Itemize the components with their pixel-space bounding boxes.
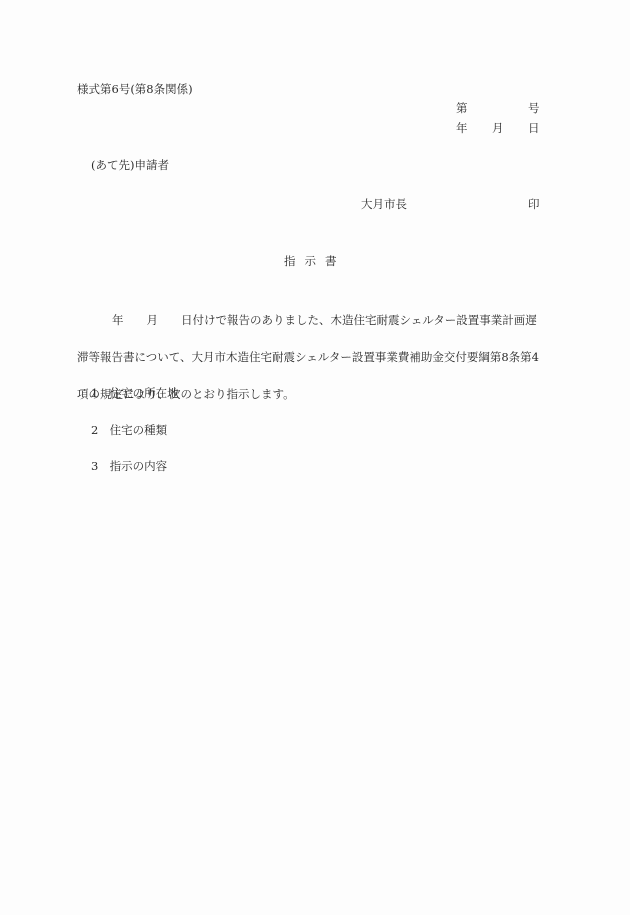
body-month: 月 xyxy=(147,313,159,327)
item-number: 2 xyxy=(91,425,105,437)
date-day-label: 日 xyxy=(528,123,540,135)
seal-mark: 印 xyxy=(528,199,540,211)
form-number: 様式第6号(第8条関係) xyxy=(77,84,193,96)
sender-name: 大月市長 xyxy=(361,199,407,211)
document-title: 指示書 xyxy=(284,256,346,268)
doc-number-label: 第 xyxy=(456,103,468,115)
item-list: 1 住宅の所在地 2 住宅の種類 3 指示の内容 xyxy=(91,388,179,498)
item-number: 3 xyxy=(91,461,105,473)
body-line-1: 年月日付けで報告のありました、木造住宅耐震シェルター設置事業計画遅 xyxy=(77,311,547,330)
list-item: 1 住宅の所在地 xyxy=(91,388,179,425)
item-number: 1 xyxy=(91,388,105,400)
body-line-2: 滞等報告書について、大月市木造住宅耐震シェルター設置事業費補助金交付要綱第8条第… xyxy=(77,348,547,367)
doc-number-suffix: 号 xyxy=(528,103,540,115)
date-month-label: 月 xyxy=(492,123,504,135)
body-line-1-text: 日付けで報告のありました、木造住宅耐震シェルター設置事業計画遅 xyxy=(181,313,537,327)
body-year: 年 xyxy=(112,313,124,327)
addressee: (あて先)申請者 xyxy=(91,160,169,172)
list-item: 3 指示の内容 xyxy=(91,461,179,498)
list-item: 2 住宅の種類 xyxy=(91,425,179,462)
item-label: 住宅の所在地 xyxy=(110,386,179,400)
item-label: 住宅の種類 xyxy=(110,423,168,437)
item-label: 指示の内容 xyxy=(110,459,168,473)
date-year-label: 年 xyxy=(456,123,468,135)
